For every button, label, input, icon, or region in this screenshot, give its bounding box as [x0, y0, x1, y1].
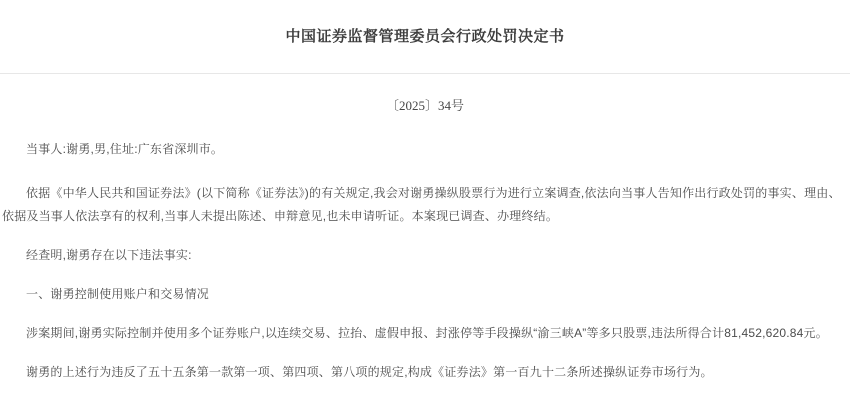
findings-intro-paragraph: 经查明,谢勇存在以下违法事实: — [2, 244, 847, 267]
document-number: 〔2025〕34号 — [0, 98, 850, 113]
procedure-paragraph: 依据《中华人民共和国证券法》(以下简称《证券法》)的有关规定,我会对谢勇操纵股票… — [2, 182, 847, 228]
header-divider — [0, 73, 850, 74]
facts-paragraph: 涉案期间,谢勇实际控制并使用多个证券账户,以连续交易、拉抬、虚假申报、封涨停等手… — [2, 322, 847, 345]
party-info-paragraph: 当事人:谢勇,男,住址:广东省深圳市。 — [2, 138, 847, 161]
document-title: 中国证券监督管理委员会行政处罚决定书 — [0, 0, 850, 45]
section-one-heading: 一、谢勇控制使用账户和交易情况 — [2, 283, 847, 306]
violation-paragraph: 谢勇的上述行为违反了五十五条第一款第一项、第四项、第八项的规定,构成《证券法》第… — [2, 361, 847, 384]
document-body: 当事人:谢勇,男,住址:广东省深圳市。 依据《中华人民共和国证券法》(以下简称《… — [0, 138, 850, 384]
penalty-decision-document: 中国证券监督管理委员会行政处罚决定书 〔2025〕34号 当事人:谢勇,男,住址… — [0, 0, 850, 396]
